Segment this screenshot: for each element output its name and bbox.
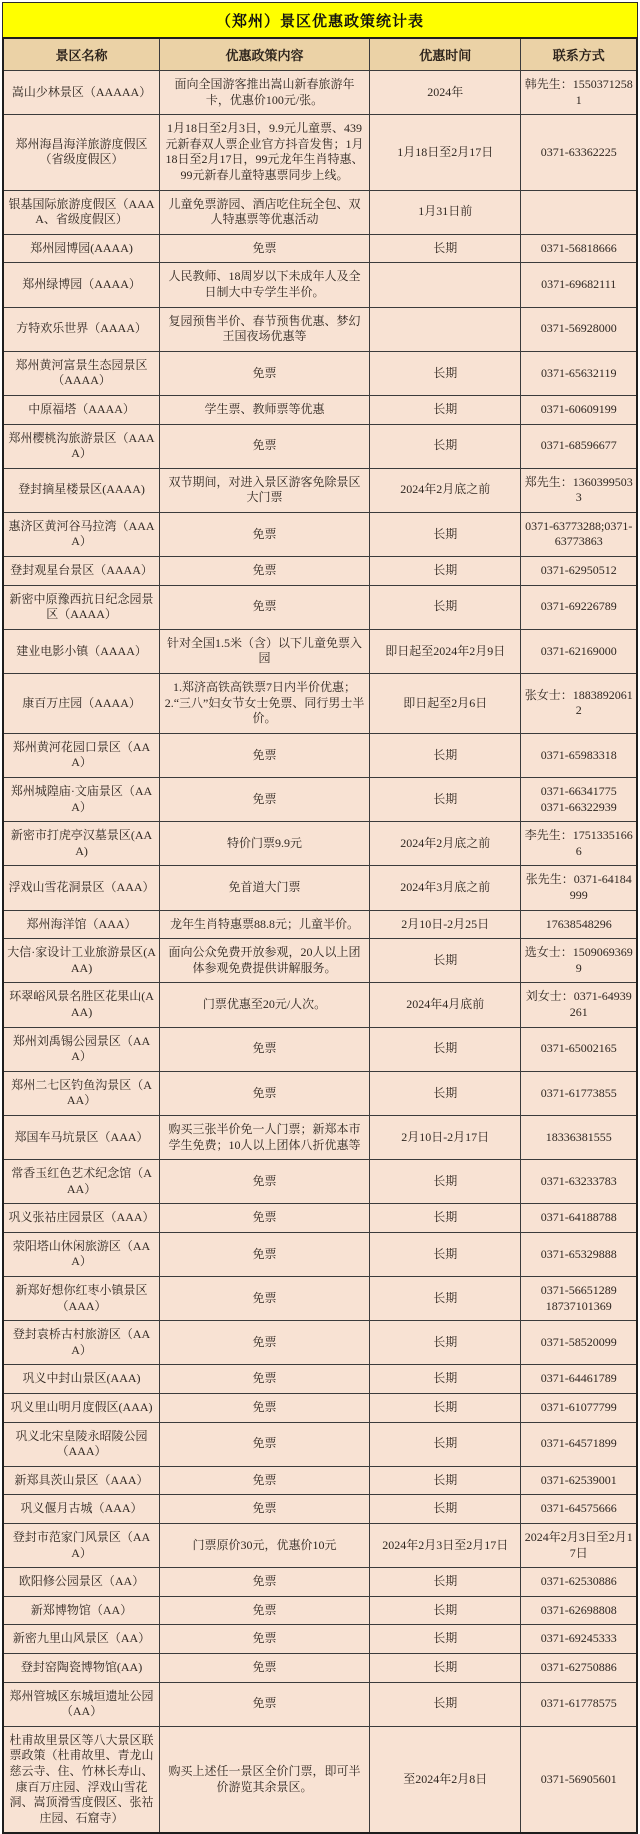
cell-contact: 郑先生：13603995033 (521, 468, 637, 512)
cell-discount-time: 长期 (369, 1466, 521, 1495)
table-row: 嵩山少林景区（AAAAA）面向全国游客推出嵩山新春旅游年卡，优惠价100元/张。… (3, 71, 637, 115)
cell-scenic-name: 新郑博物馆（AA） (3, 1596, 160, 1625)
cell-contact: 0371-66341775 0371-66322939 (521, 778, 637, 822)
table-row: 登封市范家门风景区（AAA）门票原价30元，优惠价10元2024年2月3日至2月… (3, 1524, 637, 1568)
cell-contact: 0371-63362225 (521, 115, 637, 190)
cell-contact: 0371-65983318 (521, 733, 637, 777)
table-row: 巩义北宋皇陵永昭陵公园（AAA）免票长期0371-64571899 (3, 1422, 637, 1466)
cell-discount-time: 长期 (369, 1365, 521, 1394)
cell-policy-content: 龙年生肖特惠票88.8元；儿童半价。 (160, 910, 370, 939)
cell-scenic-name: 银基国际旅游度假区（AAAA、省级度假区） (3, 190, 160, 234)
table-row: 郑州城隍庙·文庙景区（AAA）免票长期0371-66341775 0371-66… (3, 778, 637, 822)
cell-policy-content: 购买上述任一景区全价门票，即可半价游览其余景区。 (160, 1726, 370, 1833)
table-row: 环翠峪风景名胜区花果山(AAA)门票优惠至20元/人次。2024年4月底前刘女士… (3, 983, 637, 1027)
table-body: 嵩山少林景区（AAAAA）面向全国游客推出嵩山新春旅游年卡，优惠价100元/张。… (3, 71, 637, 1834)
cell-policy-content: 免票 (160, 1682, 370, 1726)
cell-policy-content: 1.郑济高铁高铁票7日内半价优惠；2.“三八”妇女节女士免票、同行男士半价。 (160, 674, 370, 734)
cell-contact: 0371-65329888 (521, 1232, 637, 1276)
cell-scenic-name: 郑州二七区钓鱼沟景区（AAA） (3, 1071, 160, 1115)
cell-discount-time: 长期 (369, 1204, 521, 1233)
cell-contact: 0371-60609199 (521, 395, 637, 424)
table-row: 新密中原豫西抗日纪念园景区（AAAA）免票长期0371-69226789 (3, 585, 637, 629)
table-row: 郑州绿博园（AAAA）人民教师、18周岁以下未成年人及全日制大中专学生半价。03… (3, 263, 637, 307)
table-row: 郑州樱桃沟旅游景区（AAAA）免票长期0371-68596677 (3, 424, 637, 468)
cell-policy-content: 门票优惠至20元/人次。 (160, 983, 370, 1027)
cell-scenic-name: 登封袁桥古村旅游区（AAA） (3, 1321, 160, 1365)
cell-contact: 0371-58520099 (521, 1321, 637, 1365)
cell-contact: 李先生：17513351666 (521, 822, 637, 866)
cell-policy-content: 免票 (160, 557, 370, 586)
cell-contact: 0371-61077799 (521, 1394, 637, 1423)
cell-contact: 张先生：0371-64184999 (521, 866, 637, 910)
cell-discount-time: 长期 (369, 1394, 521, 1423)
cell-policy-content: 免票 (160, 1568, 370, 1597)
cell-scenic-name: 新郑好想你红枣小镇景区（AAA） (3, 1277, 160, 1321)
table-row: 郑州园博园(AAAA)免票长期0371-56818666 (3, 234, 637, 263)
cell-policy-content: 免票 (160, 234, 370, 263)
cell-contact: 张女士：18838920612 (521, 674, 637, 734)
cell-policy-content: 免票 (160, 1071, 370, 1115)
cell-policy-content: 免票 (160, 1277, 370, 1321)
cell-policy-content: 免票 (160, 512, 370, 556)
cell-policy-content: 1月18日至2月3日，9.9元儿童票、439元新春双人票企业官方抖音发售；1月1… (160, 115, 370, 190)
cell-contact: 0371-64571899 (521, 1422, 637, 1466)
cell-discount-time: 长期 (369, 234, 521, 263)
table-row: 银基国际旅游度假区（AAAA、省级度假区）儿童免票游园、酒店吃住玩全包、双人特惠… (3, 190, 637, 234)
cell-contact: 2024年2月3日至2月17日 (521, 1524, 637, 1568)
cell-scenic-name: 惠济区黄河谷马拉湾（AAAA） (3, 512, 160, 556)
cell-discount-time: 2024年 (369, 71, 521, 115)
cell-policy-content: 免票 (160, 1394, 370, 1423)
cell-contact: 0371-62539001 (521, 1466, 637, 1495)
cell-discount-time: 2月10日-2月25日 (369, 910, 521, 939)
cell-policy-content: 儿童免票游园、酒店吃住玩全包、双人特惠票等优惠活动 (160, 190, 370, 234)
cell-discount-time: 长期 (369, 1071, 521, 1115)
table-row: 新密市打虎亭汉墓景区(AAA)特价门票9.9元2024年2月底之前李先生：175… (3, 822, 637, 866)
cell-policy-content: 免票 (160, 1495, 370, 1524)
cell-scenic-name: 浮戏山雪花洞景区（AAA） (3, 866, 160, 910)
cell-policy-content: 双节期间，对进入景区游客免除景区大门票 (160, 468, 370, 512)
cell-policy-content: 免票 (160, 1232, 370, 1276)
table-row: 新郑博物馆（AA）免票长期0371-62698808 (3, 1596, 637, 1625)
cell-policy-content: 免票 (160, 1204, 370, 1233)
cell-policy-content: 免首道大门票 (160, 866, 370, 910)
cell-scenic-name: 郑州樱桃沟旅游景区（AAAA） (3, 424, 160, 468)
cell-policy-content: 购买三张半价免一人门票；新郑本市学生免费；10人以上团体八折优惠等 (160, 1115, 370, 1159)
table-row: 郑国车马坑景区（AAA）购买三张半价免一人门票；新郑本市学生免费；10人以上团体… (3, 1115, 637, 1159)
cell-contact: 0371-69245333 (521, 1625, 637, 1654)
cell-policy-content: 人民教师、18周岁以下未成年人及全日制大中专学生半价。 (160, 263, 370, 307)
table-row: 新郑具茨山景区（AAA）免票长期0371-62539001 (3, 1466, 637, 1495)
cell-policy-content: 免票 (160, 585, 370, 629)
cell-contact: 刘女士：0371-64939261 (521, 983, 637, 1027)
cell-policy-content: 门票原价30元，优惠价10元 (160, 1524, 370, 1568)
cell-discount-time: 2024年3月底之前 (369, 866, 521, 910)
cell-discount-time: 长期 (369, 1625, 521, 1654)
cell-discount-time: 至2024年2月8日 (369, 1726, 521, 1833)
cell-policy-content: 免票 (160, 1466, 370, 1495)
cell-contact: 0371-64461789 (521, 1365, 637, 1394)
cell-scenic-name: 郑州刘禹锡公园景区（AAA） (3, 1027, 160, 1071)
cell-scenic-name: 郑州黄河花园口景区（AAA） (3, 733, 160, 777)
table-row: 惠济区黄河谷马拉湾（AAAA）免票长期0371-63773288;0371-63… (3, 512, 637, 556)
table-row: 欧阳修公园景区（AA）免票长期0371-62530886 (3, 1568, 637, 1597)
table-header-row: 景区名称 优惠政策内容 优惠时间 联系方式 (3, 38, 637, 71)
table-row: 登封观星台景区（AAAA）免票长期0371-62950512 (3, 557, 637, 586)
table-row: 登封袁桥古村旅游区（AAA）免票长期0371-58520099 (3, 1321, 637, 1365)
cell-discount-time: 长期 (369, 1568, 521, 1597)
table-row: 郑州黄河花园口景区（AAA）免票长期0371-65983318 (3, 733, 637, 777)
cell-policy-content: 免票 (160, 1625, 370, 1654)
cell-discount-time: 2月10日-2月17日 (369, 1115, 521, 1159)
cell-discount-time: 1月18日至2月17日 (369, 115, 521, 190)
cell-policy-content: 面向全国游客推出嵩山新春旅游年卡，优惠价100元/张。 (160, 71, 370, 115)
cell-scenic-name: 郑州海洋馆（AAA） (3, 910, 160, 939)
table-row: 郑州黄河富景生态园景区（AAAA）免票长期0371-65632119 (3, 351, 637, 395)
cell-contact: 0371-56905601 (521, 1726, 637, 1833)
cell-contact (521, 190, 637, 234)
cell-discount-time: 2024年2月底之前 (369, 468, 521, 512)
cell-discount-time: 长期 (369, 1596, 521, 1625)
cell-scenic-name: 郑州管城区东城垣遗址公园（AA） (3, 1682, 160, 1726)
cell-scenic-name: 新密市打虎亭汉墓景区(AAA) (3, 822, 160, 866)
page: （郑州）景区优惠政策统计表 景区名称 优惠政策内容 优惠时间 联系方式 嵩山少林… (0, 0, 640, 1834)
cell-policy-content: 免票 (160, 1653, 370, 1682)
cell-contact: 0371-64575666 (521, 1495, 637, 1524)
cell-contact: 0371-69682111 (521, 263, 637, 307)
cell-scenic-name: 常香玉红色艺术纪念馆（AAA） (3, 1160, 160, 1204)
cell-discount-time: 长期 (369, 1495, 521, 1524)
cell-discount-time: 长期 (369, 939, 521, 983)
cell-policy-content: 免票 (160, 778, 370, 822)
cell-scenic-name: 登封摘星楼景区(AAAA) (3, 468, 160, 512)
cell-scenic-name: 康百万庄园（AAAA） (3, 674, 160, 734)
cell-policy-content: 免票 (160, 1365, 370, 1394)
cell-contact: 18336381555 (521, 1115, 637, 1159)
cell-discount-time: 长期 (369, 778, 521, 822)
cell-discount-time: 1月31日前 (369, 190, 521, 234)
cell-policy-content: 免票 (160, 1321, 370, 1365)
cell-policy-content: 免票 (160, 1596, 370, 1625)
cell-scenic-name: 中原福塔（AAAA） (3, 395, 160, 424)
table-row: 荥阳塔山休闲旅游区（AAA）免票长期0371-65329888 (3, 1232, 637, 1276)
cell-contact: 0371-65002165 (521, 1027, 637, 1071)
cell-contact: 0371-61778575 (521, 1682, 637, 1726)
table-row: 浮戏山雪花洞景区（AAA）免首道大门票2024年3月底之前张先生：0371-64… (3, 866, 637, 910)
table-row: 巩义中封山景区(AAA)免票长期0371-64461789 (3, 1365, 637, 1394)
cell-scenic-name: 郑州园博园(AAAA) (3, 234, 160, 263)
table-row: 新密九里山风景区（AA）免票长期0371-69245333 (3, 1625, 637, 1654)
cell-contact: 0371-64188788 (521, 1204, 637, 1233)
cell-scenic-name: 荥阳塔山休闲旅游区（AAA） (3, 1232, 160, 1276)
cell-policy-content: 针对全国1.5米（含）以下儿童免票入园 (160, 629, 370, 673)
cell-discount-time: 长期 (369, 1321, 521, 1365)
cell-discount-time: 长期 (369, 1160, 521, 1204)
cell-scenic-name: 郑州城隍庙·文庙景区（AAA） (3, 778, 160, 822)
cell-discount-time: 2024年4月底前 (369, 983, 521, 1027)
policy-table: 景区名称 优惠政策内容 优惠时间 联系方式 嵩山少林景区（AAAAA）面向全国游… (2, 37, 638, 1834)
cell-discount-time: 即日起至2月6日 (369, 674, 521, 734)
col-header-discount-time: 优惠时间 (369, 38, 521, 71)
cell-scenic-name: 郑州海昌海洋旅游度假区（省级度假区） (3, 115, 160, 190)
cell-contact: 选女士：15090693699 (521, 939, 637, 983)
table-row: 巩义偃月古城（AAA）免票长期0371-64575666 (3, 1495, 637, 1524)
cell-discount-time: 长期 (369, 557, 521, 586)
cell-contact: 0371-62750886 (521, 1653, 637, 1682)
cell-discount-time: 长期 (369, 395, 521, 424)
cell-discount-time: 2024年2月底之前 (369, 822, 521, 866)
cell-scenic-name: 新密九里山风景区（AA） (3, 1625, 160, 1654)
cell-scenic-name: 新郑具茨山景区（AAA） (3, 1466, 160, 1495)
cell-policy-content: 特价门票9.9元 (160, 822, 370, 866)
cell-discount-time: 2024年2月3日至2月17日 (369, 1524, 521, 1568)
cell-scenic-name: 巩义偃月古城（AAA） (3, 1495, 160, 1524)
table-row: 方特欢乐世界（AAAA）复园预售半价、春节预售优惠、梦幻王国夜场优惠等0371-… (3, 307, 637, 351)
cell-scenic-name: 建业电影小镇（AAAA） (3, 629, 160, 673)
cell-discount-time: 长期 (369, 1277, 521, 1321)
cell-scenic-name: 环翠峪风景名胜区花果山(AAA) (3, 983, 160, 1027)
cell-scenic-name: 杜甫故里景区等八大景区联票政策（杜甫故里、青龙山慈云寺、住、竹林长寿山、康百万庄… (3, 1726, 160, 1833)
cell-contact: 0371-56651289 18737101369 (521, 1277, 637, 1321)
cell-discount-time: 长期 (369, 1653, 521, 1682)
cell-contact: 0371-62169000 (521, 629, 637, 673)
cell-scenic-name: 巩义张祜庄园景区（AAA） (3, 1204, 160, 1233)
table-row: 巩义张祜庄园景区（AAA）免票长期0371-64188788 (3, 1204, 637, 1233)
table-row: 杜甫故里景区等八大景区联票政策（杜甫故里、青龙山慈云寺、住、竹林长寿山、康百万庄… (3, 1726, 637, 1833)
table-row: 中原福塔（AAAA）学生票、教师票等优惠长期0371-60609199 (3, 395, 637, 424)
cell-policy-content: 学生票、教师票等优惠 (160, 395, 370, 424)
cell-contact: 0371-63773288;0371-63773863 (521, 512, 637, 556)
cell-contact: 0371-62698808 (521, 1596, 637, 1625)
table-row: 康百万庄园（AAAA）1.郑济高铁高铁票7日内半价优惠；2.“三八”妇女节女士免… (3, 674, 637, 734)
cell-scenic-name: 欧阳修公园景区（AA） (3, 1568, 160, 1597)
cell-scenic-name: 方特欢乐世界（AAAA） (3, 307, 160, 351)
cell-contact: 0371-65632119 (521, 351, 637, 395)
table-row: 郑州二七区钓鱼沟景区（AAA）免票长期0371-61773855 (3, 1071, 637, 1115)
cell-scenic-name: 新密中原豫西抗日纪念园景区（AAAA） (3, 585, 160, 629)
cell-scenic-name: 郑州绿博园（AAAA） (3, 263, 160, 307)
cell-scenic-name: 大信·家设计工业旅游景区(AAA) (3, 939, 160, 983)
cell-discount-time: 即日起至2024年2月9日 (369, 629, 521, 673)
cell-discount-time (369, 307, 521, 351)
table-row: 巩义里山明月度假区(AAA)免票长期0371-61077799 (3, 1394, 637, 1423)
cell-scenic-name: 登封观星台景区（AAAA） (3, 557, 160, 586)
cell-discount-time (369, 263, 521, 307)
cell-discount-time: 长期 (369, 351, 521, 395)
cell-discount-time: 长期 (369, 1232, 521, 1276)
cell-contact: 0371-68596677 (521, 424, 637, 468)
cell-discount-time: 长期 (369, 424, 521, 468)
cell-scenic-name: 郑国车马坑景区（AAA） (3, 1115, 160, 1159)
col-header-policy-content: 优惠政策内容 (160, 38, 370, 71)
cell-policy-content: 复园预售半价、春节预售优惠、梦幻王国夜场优惠等 (160, 307, 370, 351)
col-header-contact: 联系方式 (521, 38, 637, 71)
cell-contact: 0371-62950512 (521, 557, 637, 586)
cell-policy-content: 免票 (160, 351, 370, 395)
cell-discount-time: 长期 (369, 733, 521, 777)
cell-scenic-name: 登封窑陶瓷博物馆(AA) (3, 1653, 160, 1682)
cell-contact: 0371-62530886 (521, 1568, 637, 1597)
table-row: 常香玉红色艺术纪念馆（AAA）免票长期0371-63233783 (3, 1160, 637, 1204)
cell-discount-time: 长期 (369, 1682, 521, 1726)
cell-contact: 0371-69226789 (521, 585, 637, 629)
page-title: （郑州）景区优惠政策统计表 (2, 2, 638, 37)
table-row: 郑州海洋馆（AAA）龙年生肖特惠票88.8元；儿童半价。2月10日-2月25日1… (3, 910, 637, 939)
cell-scenic-name: 巩义北宋皇陵永昭陵公园（AAA） (3, 1422, 160, 1466)
table-row: 郑州海昌海洋旅游度假区（省级度假区）1月18日至2月3日，9.9元儿童票、439… (3, 115, 637, 190)
table-row: 登封摘星楼景区(AAAA)双节期间，对进入景区游客免除景区大门票2024年2月底… (3, 468, 637, 512)
cell-contact: 0371-63233783 (521, 1160, 637, 1204)
cell-scenic-name: 郑州黄河富景生态园景区（AAAA） (3, 351, 160, 395)
cell-contact: 0371-56928000 (521, 307, 637, 351)
cell-policy-content: 免票 (160, 1422, 370, 1466)
cell-contact: 17638548296 (521, 910, 637, 939)
cell-policy-content: 免票 (160, 1160, 370, 1204)
col-header-scenic-name: 景区名称 (3, 38, 160, 71)
cell-scenic-name: 嵩山少林景区（AAAAA） (3, 71, 160, 115)
cell-contact: 0371-56818666 (521, 234, 637, 263)
table-row: 建业电影小镇（AAAA）针对全国1.5米（含）以下儿童免票入园即日起至2024年… (3, 629, 637, 673)
cell-discount-time: 长期 (369, 585, 521, 629)
table-row: 登封窑陶瓷博物馆(AA)免票长期0371-62750886 (3, 1653, 637, 1682)
table-row: 大信·家设计工业旅游景区(AAA)面向公众免费开放参观，20人以上团体参观免费提… (3, 939, 637, 983)
cell-scenic-name: 登封市范家门风景区（AAA） (3, 1524, 160, 1568)
cell-discount-time: 长期 (369, 1422, 521, 1466)
cell-scenic-name: 巩义里山明月度假区(AAA) (3, 1394, 160, 1423)
table-row: 新郑好想你红枣小镇景区（AAA）免票长期0371-56651289 187371… (3, 1277, 637, 1321)
cell-policy-content: 免票 (160, 424, 370, 468)
cell-contact: 韩先生：15503712581 (521, 71, 637, 115)
cell-policy-content: 面向公众免费开放参观，20人以上团体参观免费提供讲解服务。 (160, 939, 370, 983)
cell-scenic-name: 巩义中封山景区(AAA) (3, 1365, 160, 1394)
cell-contact: 0371-61773855 (521, 1071, 637, 1115)
cell-policy-content: 免票 (160, 733, 370, 777)
table-row: 郑州刘禹锡公园景区（AAA）免票长期0371-65002165 (3, 1027, 637, 1071)
cell-policy-content: 免票 (160, 1027, 370, 1071)
table-row: 郑州管城区东城垣遗址公园（AA）免票长期0371-61778575 (3, 1682, 637, 1726)
cell-discount-time: 长期 (369, 512, 521, 556)
cell-discount-time: 长期 (369, 1027, 521, 1071)
